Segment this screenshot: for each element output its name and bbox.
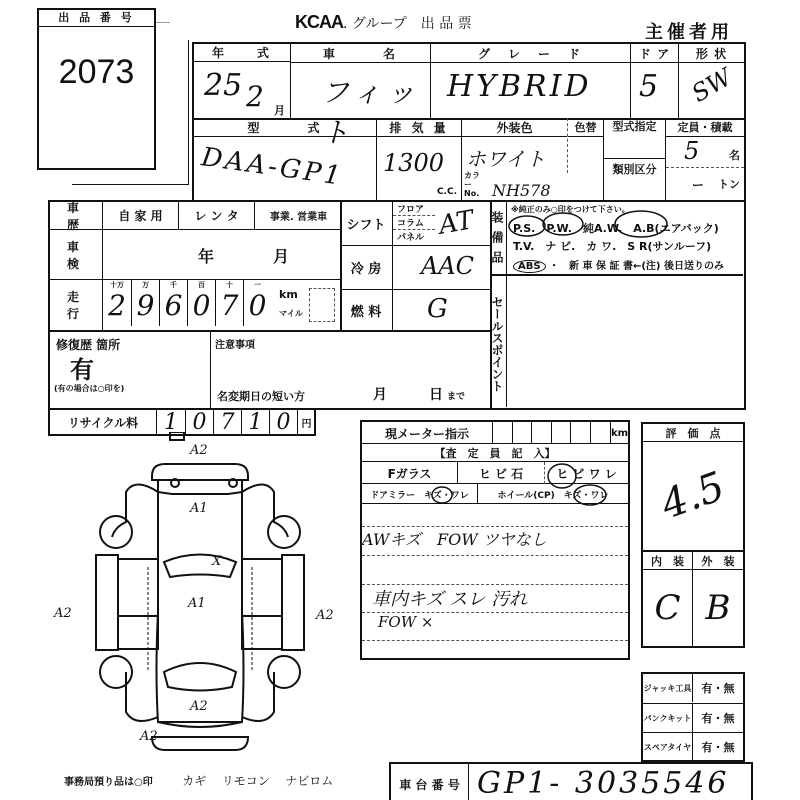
ac-label: 冷 房 <box>340 246 392 290</box>
inspector-block: 現メーター指示 km 【査 定 員 記 入】 Fガラス ヒ ビ 石 ヒ ビ ワ … <box>360 420 630 660</box>
displacement-cell[interactable]: 排 気 量 1300 C.C. <box>376 118 461 200</box>
name-change-label: 名変期日の短い方 <box>217 388 305 404</box>
accessory-label: ジャッキ工具 <box>643 674 693 702</box>
recycle-digit: 1 <box>157 410 185 434</box>
fuel-value: G <box>427 294 448 324</box>
door-value: 5 <box>631 63 678 104</box>
notes-day-unit: 日 <box>429 384 443 404</box>
sales-point-field[interactable] <box>509 277 741 405</box>
sales-point-label: セールスポイント <box>491 275 507 407</box>
accessory-row[interactable]: ジャッキ工具有・無 <box>643 674 743 703</box>
recycle-label: リサイクル料 <box>50 410 156 434</box>
repair-note: (有の場合は○印を) <box>50 383 210 394</box>
mileage-digit: 9 <box>132 290 159 322</box>
interior-label: 内 装 <box>643 552 693 570</box>
office-item-key[interactable]: カギ <box>182 774 206 788</box>
fuel-label: 燃 料 <box>340 290 392 330</box>
meter-digit-box[interactable] <box>512 422 532 444</box>
mileage-digit: 0 <box>244 290 271 322</box>
accessory-label: スペアタイヤ <box>643 733 693 761</box>
capacity-cell[interactable]: 定員・積載 5 名 ー トン <box>665 118 744 200</box>
grade-value: HYBRID <box>431 63 630 104</box>
damage-mark-right: A2 <box>315 608 334 623</box>
mileage-digit-cell[interactable]: 十万2 <box>103 280 131 326</box>
history-option-rental[interactable]: レ ン タ <box>178 202 254 230</box>
inspection-month-unit: 月 <box>273 244 289 267</box>
shift-label: シフト <box>340 202 392 246</box>
shift-value: AT <box>437 205 476 241</box>
meter-digit-box[interactable] <box>492 422 512 444</box>
damage-mark-front: A2 <box>189 443 208 458</box>
mileage-digit-cell[interactable]: 一0 <box>243 280 271 326</box>
category-label: 類別区分 <box>604 159 665 181</box>
accessories-block: ジャッキ工具有・無パンクキット有・無スペアタイヤ有・無 <box>641 672 745 762</box>
shape-cell[interactable]: 形 状 SW <box>678 44 744 118</box>
meter-digit-boxes[interactable] <box>492 422 610 444</box>
recycle-digits[interactable]: 10710円 <box>156 410 316 434</box>
accessory-value[interactable]: 有・無 <box>693 733 743 761</box>
month-unit: 月 <box>274 102 285 118</box>
meter-digit-box[interactable] <box>590 422 610 444</box>
damage-mark-roof: A1 <box>187 596 206 611</box>
chassis-value[interactable]: GP1- 3035546 <box>477 766 730 800</box>
fuel-cell[interactable]: G <box>392 290 490 330</box>
interior-value[interactable]: C <box>643 570 693 646</box>
vehicle-table-row1: 年 式 25 2 月 車 名 フィット グ レ ー ド HYBRID ド ア 5… <box>192 42 746 120</box>
damage-mark-windshield: X <box>211 554 222 569</box>
kcaa-logo: KCAA <box>295 12 343 32</box>
mileage-digit-cell[interactable]: 百0 <box>187 280 215 326</box>
office-label: 事務局預り品は○印 <box>64 777 153 788</box>
type-designation-cell[interactable]: 型式指定 類別区分 <box>603 118 665 200</box>
capacity-label: 定員・積載 <box>666 118 744 137</box>
lot-label: 出 品 番 号 <box>39 10 154 27</box>
load-value: ー <box>692 176 704 193</box>
mileage-digit: 7 <box>216 290 243 322</box>
vehicle-table-row2: 型 式 DAA-GP1 排 気 量 1300 C.C. 外装色 ホワイト カラー… <box>192 118 746 202</box>
rating-block: 評 価 点 4.5 内 装 外 装 C B <box>641 422 745 648</box>
repair-label: 修復歴 箇所 <box>50 332 210 357</box>
inspection-label: 車 検 <box>50 230 102 280</box>
damage-mark-rear: A2 <box>189 699 208 714</box>
displacement-label: 排 気 量 <box>377 118 461 137</box>
inspection-year-unit: 年 <box>198 244 214 267</box>
damage-mark-rear-bumper: A2 <box>139 729 158 744</box>
mileage-digit: 0 <box>188 290 215 322</box>
shift-option-panel[interactable]: パネル <box>393 230 435 243</box>
door-label: ド ア <box>631 44 678 63</box>
accessory-value[interactable]: 有・無 <box>693 674 743 702</box>
equipment-block: 装備品 ※純正のみ○印をつけて下さい。 P.S. P.W. 純A.W. A.B(… <box>490 200 746 410</box>
type-designation-label: 型式指定 <box>604 118 665 159</box>
recycle-unit: 円 <box>297 410 315 434</box>
mileage-cell[interactable]: km マイル 十万2万9千6百0十7一0 <box>102 280 342 330</box>
capacity-value: 5 <box>684 137 699 165</box>
color-no-value: NH578 <box>492 181 551 200</box>
chassis-block: 車 台 番 号 GP1- 3035546 <box>389 762 753 800</box>
rating-value[interactable]: 4.5 <box>628 428 759 564</box>
color-change-label: 色替 <box>568 118 603 137</box>
color-no-label: カラー No. <box>464 171 484 198</box>
office-item-remote[interactable]: リモコン <box>222 774 270 788</box>
door-cell[interactable]: ド ア 5 <box>630 44 678 118</box>
repair-block: 修復歴 箇所 有 (有の場合は○印を) 注意事項 名変期日の短い方 月 日 まで <box>48 330 492 410</box>
ac-value: AAC <box>421 252 474 280</box>
mileage-label: 走 行 <box>50 280 102 330</box>
shift-block: シフト フロア コラム パネル AT 冷 房 AAC 燃 料 G <box>340 200 492 332</box>
mileage-unit-km: km <box>279 288 298 301</box>
shift-cell[interactable]: フロア コラム パネル AT <box>392 202 490 246</box>
office-items: 事務局預り品は○印 カギ リモコン ナビロム <box>64 772 333 789</box>
lot-box: 出 品 番 号 2073 <box>37 8 156 170</box>
meter-unit: km <box>610 422 628 444</box>
accessory-row[interactable]: スペアタイヤ有・無 <box>643 732 743 761</box>
year-label: 年 式 <box>194 44 290 62</box>
grade-cell[interactable]: グ レ ー ド HYBRID <box>430 44 630 118</box>
notes-month-unit: 月 <box>373 384 387 404</box>
repair-cell[interactable]: 修復歴 箇所 有 (有の場合は○印を) <box>50 332 210 408</box>
color-label: 外装色 <box>462 118 567 137</box>
color-cell[interactable]: 外装色 ホワイト カラー No. NH578 <box>461 118 567 200</box>
inspector-circles <box>362 462 628 552</box>
capacity-unit: 名 <box>729 147 740 163</box>
load-unit: トン <box>718 176 740 192</box>
meter-digit-box[interactable] <box>531 422 551 444</box>
model-label: 型 式 <box>194 118 376 137</box>
repair-value: 有 <box>50 357 210 383</box>
mileage-digit: 6 <box>160 290 187 322</box>
accessory-row[interactable]: パンクキット有・無 <box>643 703 743 732</box>
damage-mark-hood: A1 <box>189 501 208 516</box>
mileage-digit: 2 <box>103 290 131 322</box>
history-option-commercial[interactable]: 事業. 営業車 <box>254 202 342 230</box>
mileage-unit-mile: マイル <box>279 308 303 319</box>
mileage-digit-cell[interactable]: 千6 <box>159 280 187 326</box>
mileage-digit-cell[interactable]: 十7 <box>215 280 243 326</box>
shift-option-floor[interactable]: フロア <box>393 202 435 216</box>
recycle-digit: 7 <box>213 410 241 434</box>
shift-option-column[interactable]: コラム <box>393 216 435 230</box>
displacement-unit: C.C. <box>437 187 457 197</box>
mileage-unit-checkbox[interactable] <box>309 288 335 322</box>
color-value: ホワイト <box>462 137 567 172</box>
history-option-private[interactable]: 自 家 用 <box>102 202 178 230</box>
remark-line-3: FOW × <box>362 613 628 641</box>
history-label: 車 歴 <box>50 202 102 230</box>
office-item-navi-rom[interactable]: ナビロム <box>285 774 333 788</box>
usage-label: 主催者用 <box>645 18 733 44</box>
recycle-digit: 0 <box>185 410 213 434</box>
displacement-value: 1300 <box>377 137 461 177</box>
equipment-circles <box>491 202 747 282</box>
model-cell[interactable]: 型 式 DAA-GP1 <box>194 118 376 200</box>
meter-row[interactable]: 現メーター指示 km <box>362 422 628 444</box>
year-cell[interactable]: 25 2 月 <box>194 62 290 118</box>
car-diagram[interactable]: A2A1XA1A2A2A2A2 <box>40 432 360 752</box>
name-label: 車 名 <box>291 44 430 63</box>
damage-mark-left: A2 <box>53 606 72 621</box>
meter-digit-box[interactable] <box>570 422 590 444</box>
mileage-digit-cell[interactable]: 万9 <box>131 280 159 326</box>
header-title: KCAA. グループ 出 品 票 <box>295 12 472 33</box>
remark-line-2: 車内キズ スレ 汚れ <box>362 585 628 613</box>
inspector-label: 【査 定 員 記 入】 <box>362 444 628 462</box>
accessory-label: パンクキット <box>643 704 693 732</box>
history-block: 車 歴 自 家 用 レ ン タ 事業. 営業車 車 検 年 月 走 行 km マ… <box>48 200 342 332</box>
exterior-label: 外 装 <box>693 552 743 570</box>
lot-number: 2073 <box>39 53 154 92</box>
color-change-cell[interactable]: 色替 <box>567 118 603 173</box>
meter-label: 現メーター指示 <box>362 422 492 444</box>
notes-until: まで <box>447 389 465 402</box>
recycle-digit: 1 <box>241 410 269 434</box>
month-value: 2 <box>246 80 264 113</box>
recycle-digit: 0 <box>269 410 297 434</box>
ac-cell[interactable]: AAC <box>392 246 490 290</box>
accessory-value[interactable]: 有・無 <box>693 704 743 732</box>
notes-cell[interactable]: 注意事項 名変期日の短い方 月 日 まで <box>210 332 490 408</box>
header-subtitle: . グループ 出 品 票 <box>343 16 472 32</box>
name-cell[interactable]: 車 名 フィット <box>290 44 430 118</box>
grade-label: グ レ ー ド <box>431 44 630 63</box>
notes-label: 注意事項 <box>211 332 490 355</box>
exterior-value[interactable]: B <box>693 570 743 646</box>
inspection-cell[interactable]: 年 月 <box>102 230 342 280</box>
model-value: DAA-GP1 <box>192 137 377 196</box>
meter-digit-box[interactable] <box>551 422 571 444</box>
chassis-label: 車 台 番 号 <box>391 764 469 800</box>
year-value: 25 <box>204 68 242 103</box>
